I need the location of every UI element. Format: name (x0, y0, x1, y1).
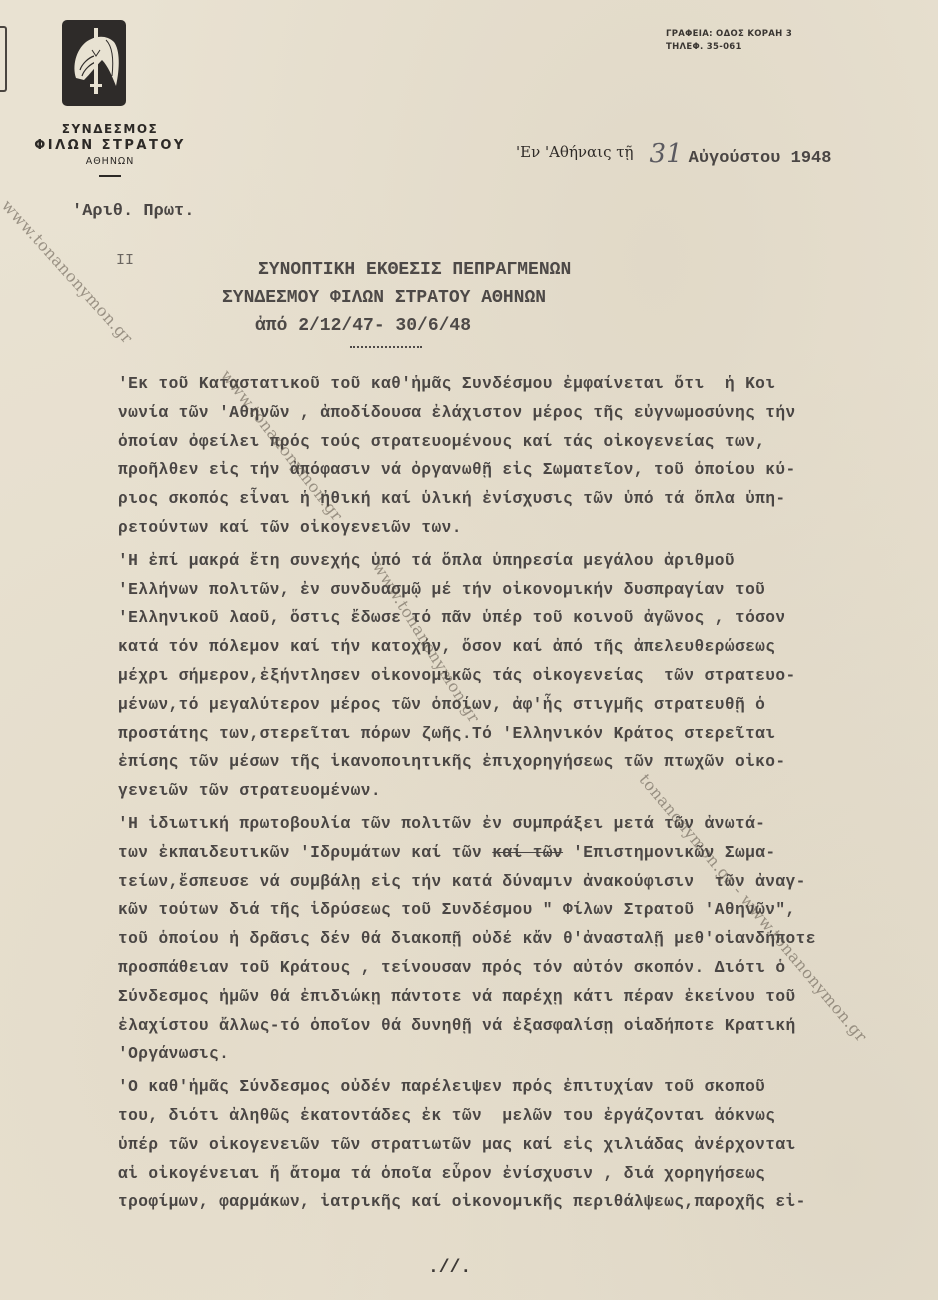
text-line: τείων,ἔσπευσε νά συμβάλῃ εἰς τήν κατά δύ… (118, 868, 918, 897)
text-line: Σύνδεσμος ἡμῶν θά ἐπιδιώκῃ πάντοτε νά πα… (118, 983, 918, 1012)
org-name-line2: ΦΙΛΩΝ ΣΤΡΑΤΟΥ (20, 138, 200, 153)
text-line: του, διότι ἀληθῶς ἑκατοντάδες ἐκ τῶν μελ… (118, 1102, 918, 1131)
text-line: ρετούντων καί τῶν οἰκογενειῶν των. (118, 514, 918, 543)
org-name-line1: ΣΥΝΔΕΣΜΟΣ (20, 122, 200, 136)
text-line: ἐπίσης τῶν μέσων τῆς ἱκανοποιητικῆς ἐπιχ… (118, 748, 918, 777)
text-line: 'Ο καθ'ἡμᾶς Σύνδεσμος οὐδέν παρέλειψεν π… (118, 1073, 918, 1102)
text-line: 'Οργάνωσις. (118, 1040, 918, 1069)
text-line: 'Ελληνικοῦ λαοῦ, ὅστις ἔδωσε τό πᾶν ὑπέρ… (118, 604, 918, 633)
paragraph-4: 'Ο καθ'ἡμᾶς Σύνδεσμος οὐδέν παρέλειψεν π… (118, 1073, 918, 1217)
text-line: κῶν τούτων διά τῆς ἱδρύσεως τοῦ Συνδέσμο… (118, 896, 918, 925)
text-line: αἱ οἰκογένειαι ἤ ἄτομα τά ὁποῖα εὗρον ἐν… (118, 1160, 918, 1189)
org-name-rule (99, 175, 121, 177)
page-continuation-mark: .//. (428, 1258, 471, 1278)
text-line: ὁποίαν ὀφείλει πρός τούς στρατευομένους … (118, 428, 918, 457)
punch-hole-mark (0, 26, 7, 92)
text-line: ριος σκοπός εἶναι ἡ ἠθική καί ὑλική ἐνίσ… (118, 485, 918, 514)
dateline-handwritten-day: 31 (650, 139, 683, 169)
address-phone: ΤΗΛΕΦ. 35-061 (666, 41, 792, 54)
document-title: ΣΥΝΟΠΤΙΚΗ ΕΚΘΕΣΙΣ ΠΕΠΡΑΓΜΕΝΩΝ ΣΥΝΔΕΣΜΟΥ … (0, 256, 938, 348)
report-body: 'Εκ τοῦ Καταστατικοῦ τοῦ καθ'ἡμᾶς Συνδέσ… (118, 370, 918, 1217)
helmet-sword-emblem-icon (62, 20, 126, 106)
text-line: μέχρι σήμερον,ἐξήντλησεν οἰκονομικῶς τάς… (118, 662, 918, 691)
title-line3: ἀπό 2/12/47- 30/6/48 (255, 312, 938, 340)
dateline: 'Εν 'Αθήναις τῇ31Αὐγούστου 1948 (516, 134, 831, 164)
text-line: 'Η ἐπί μακρά ἔτη συνεχής ὑπό τά ὅπλα ὑπη… (118, 547, 918, 576)
text-line: ὑπέρ τῶν οἰκογενειῶν τῶν στρατιωτῶν μας … (118, 1131, 918, 1160)
text-line: κατά τόν πόλεμον καί τήν κατοχήν, ὅσον κ… (118, 633, 918, 662)
paragraph-2: 'Η ἐπί μακρά ἔτη συνεχής ὑπό τά ὅπλα ὑπη… (118, 547, 918, 806)
text-line: των ἐκπαιδευτικῶν 'Ιδρυμάτων καί τῶν καί… (118, 839, 918, 868)
text-line: προῆλθεν εἰς τήν ἀπόφασιν νά ὀργανωθῇ εἰ… (118, 456, 918, 485)
organization-name: ΣΥΝΔΕΣΜΟΣ ΦΙΛΩΝ ΣΤΡΑΤΟΥ ΑΘΗΝΩΝ (20, 122, 200, 177)
office-address: ΓΡΑΦΕΙΑ: ΟΔΟΣ ΚΟΡΑΗ 3 ΤΗΛΕΦ. 35-061 (666, 28, 792, 54)
title-underline (350, 346, 422, 348)
text-line: 'Ελλήνων πολιτῶν, ἐν συνδυασμῷ μέ τήν οἰ… (118, 576, 918, 605)
protocol-number-label: 'Αριθ. Πρωτ. (72, 202, 194, 221)
title-line2: ΣΥΝΔΕΣΜΟΥ ΦΙΛΩΝ ΣΤΡΑΤΟΥ ΑΘΗΝΩΝ (222, 284, 938, 312)
dateline-printed: 'Εν 'Αθήναις τῇ (516, 143, 634, 161)
org-name-line3: ΑΘΗΝΩΝ (20, 156, 200, 167)
text-segment: 'Επιστημονικῶν Σωμα- (563, 844, 775, 862)
title-line1: ΣΥΝΟΠΤΙΚΗ ΕΚΘΕΣΙΣ ΠΕΠΡΑΓΜΕΝΩΝ (258, 256, 938, 284)
address-street: ΓΡΑΦΕΙΑ: ΟΔΟΣ ΚΟΡΑΗ 3 (666, 28, 792, 41)
dateline-month-year: Αὐγούστου 1948 (689, 149, 832, 168)
text-line: μένων,τό μεγαλύτερον μέρος τῶν ὁποίων, ἀ… (118, 691, 918, 720)
text-line: ἐλαχίστου ἄλλως-τό ὁποῖον θά δυνηθῇ νά ἐ… (118, 1012, 918, 1041)
text-line: τροφίμων, φαρμάκων, ἰατρικῆς καί οἰκονομ… (118, 1188, 918, 1217)
text-line: 'Η ἰδιωτική πρωτοβουλία τῶν πολιτῶν ἐν σ… (118, 810, 918, 839)
text-line: γενειῶν τῶν στρατευομένων. (118, 777, 918, 806)
text-line: προστάτης των,στερεῖται πόρων ζωῆς.Τό 'Ε… (118, 720, 918, 749)
struck-out-text: καί τῶν (492, 844, 563, 862)
paragraph-3: 'Η ἰδιωτική πρωτοβουλία τῶν πολιτῶν ἐν σ… (118, 810, 918, 1069)
text-segment: των ἐκπαιδευτικῶν 'Ιδρυμάτων καί τῶν (118, 844, 492, 862)
